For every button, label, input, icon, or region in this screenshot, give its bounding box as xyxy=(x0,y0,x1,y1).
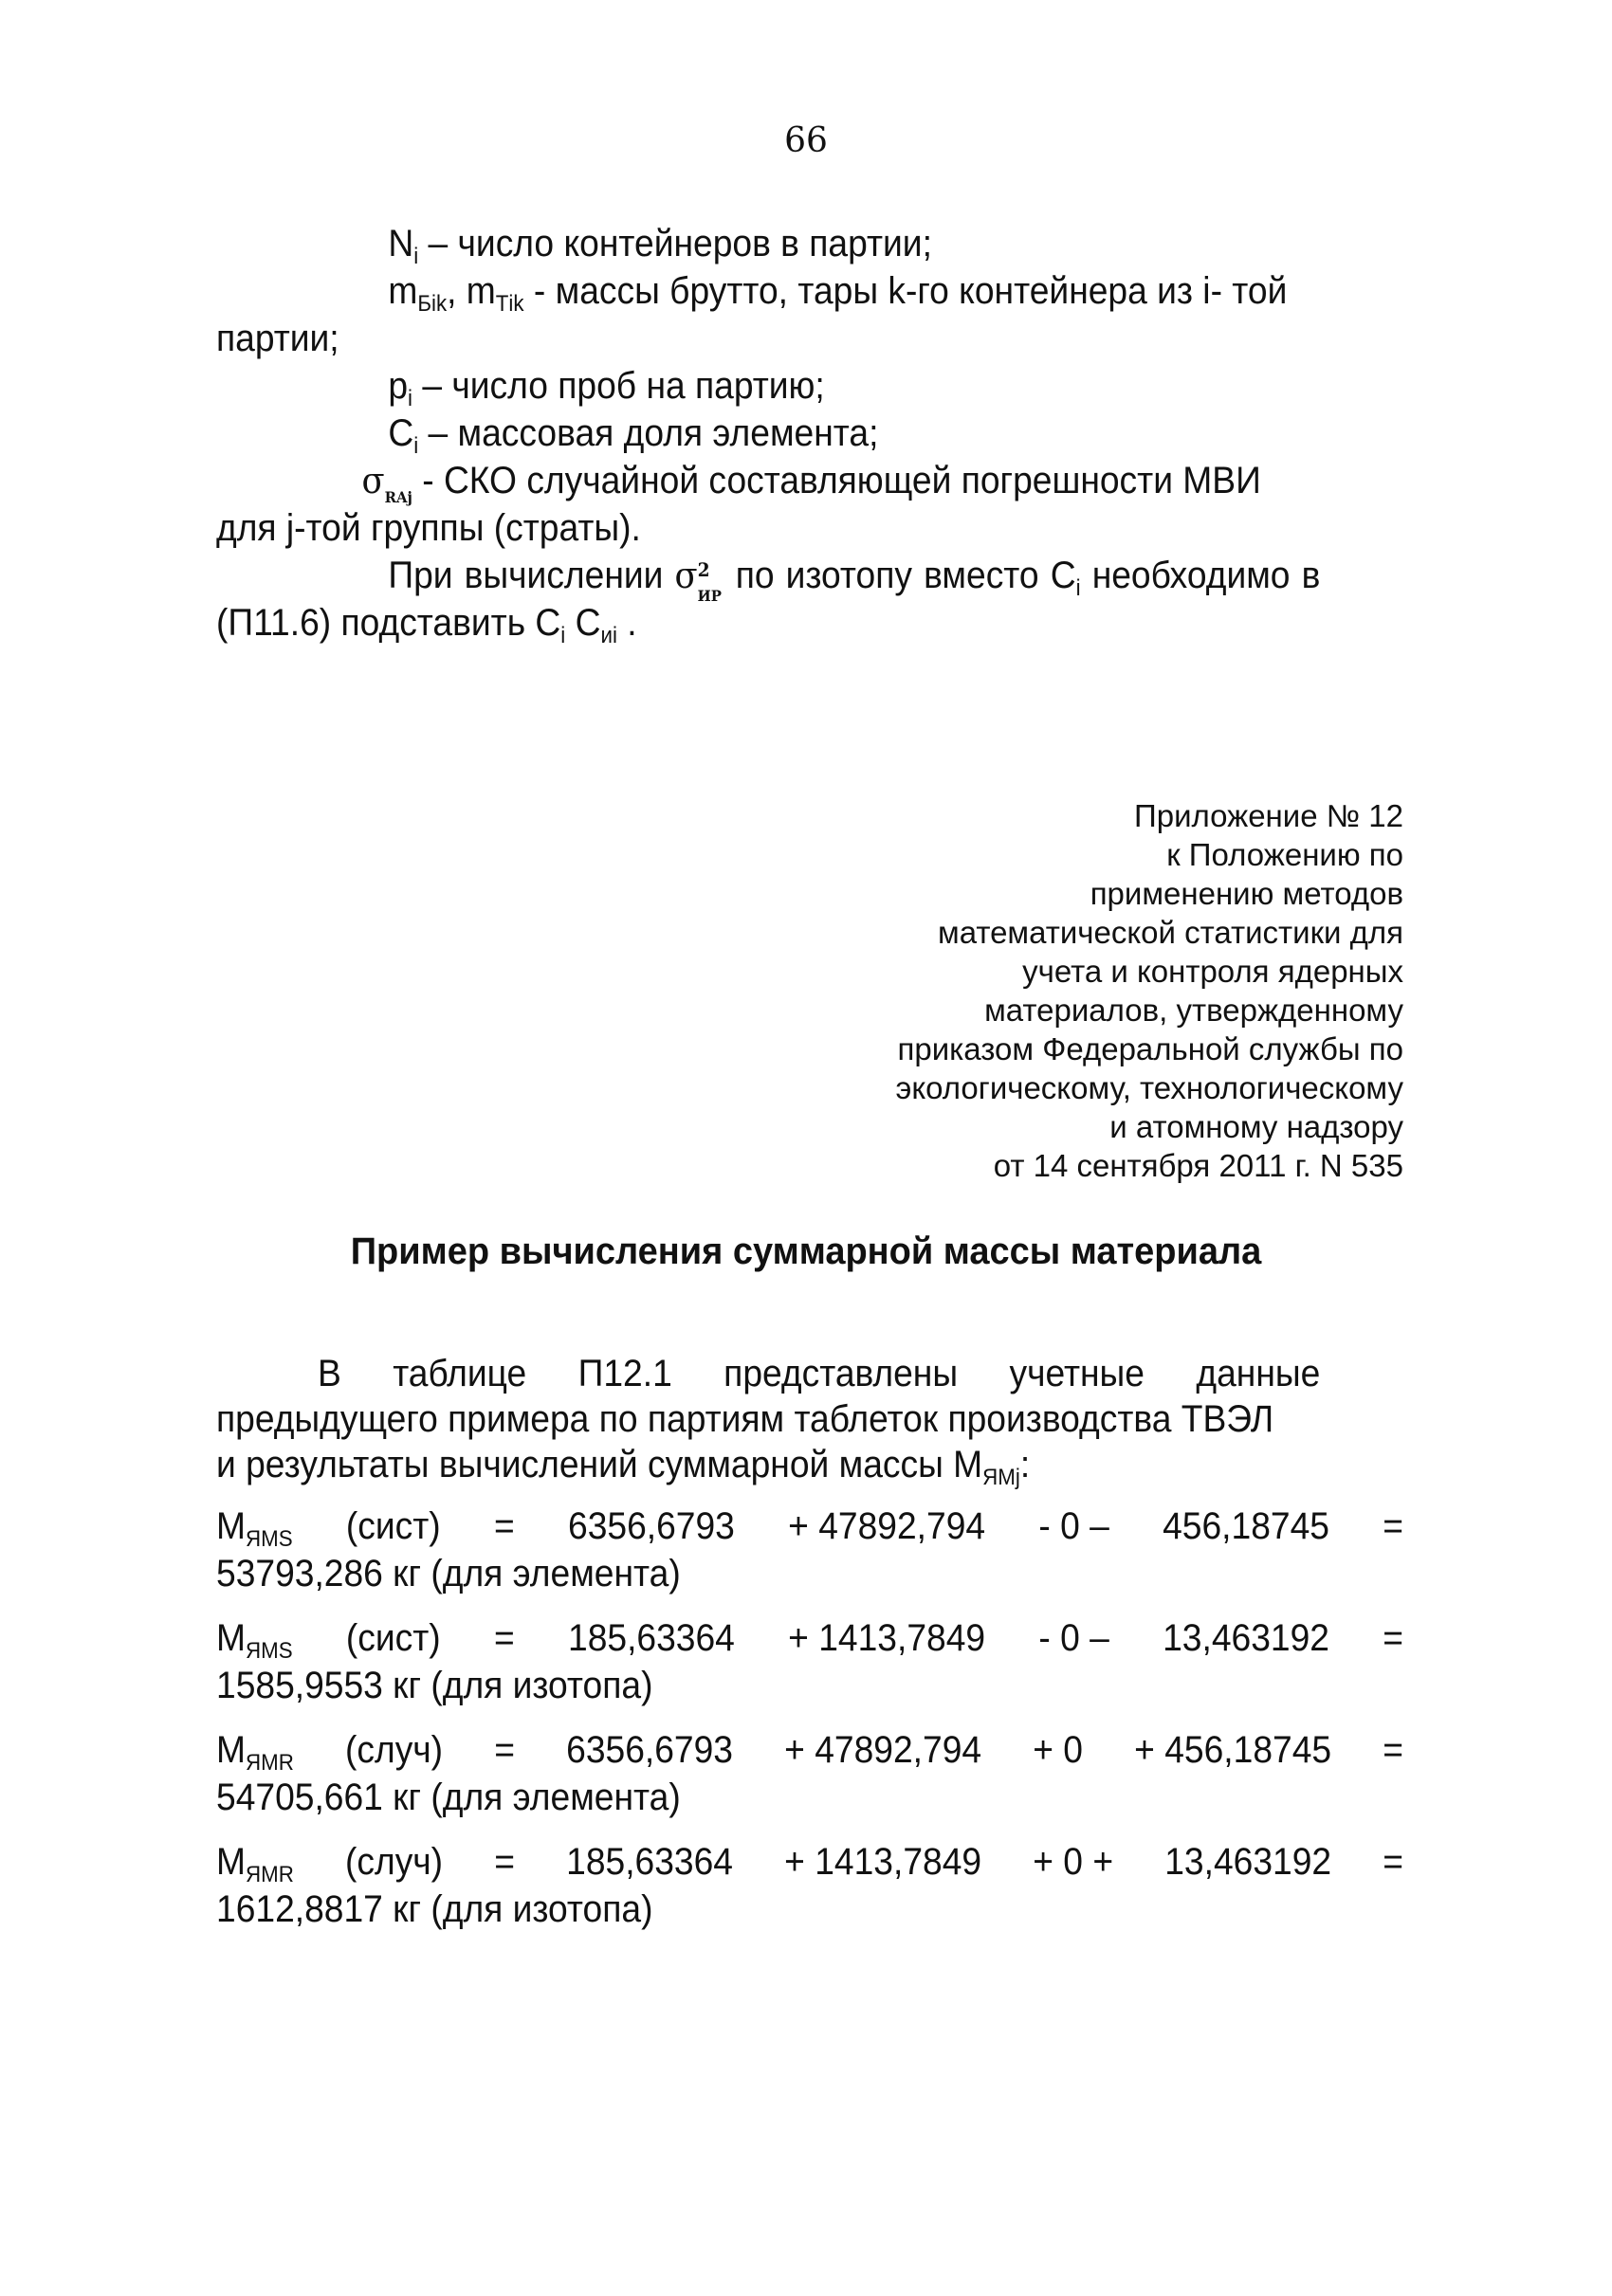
sigma-ir: σ2ИР xyxy=(675,555,724,596)
note-text: по изотопу вместо xyxy=(736,555,1039,596)
formula-term: = xyxy=(1383,1838,1403,1886)
formula: МЯМR(случ)=6356,6793+ 47892,794+ 0+ 456,… xyxy=(216,1726,1403,1821)
intro-word: В xyxy=(318,1351,341,1396)
definitions-block: Ni – число контейнеров в партии; mБik, m… xyxy=(216,220,1320,647)
mass-symbol: М xyxy=(216,1729,246,1771)
definition-text: - массы брутто, тары k-го контейнера из … xyxy=(524,270,1288,312)
formula-term: = xyxy=(1383,1726,1403,1774)
note-text: (П11.6) подставить xyxy=(216,602,525,644)
definition-text: – массовая доля элемента; xyxy=(418,412,878,454)
definition-text: - СКО случайной составляющей погрешности… xyxy=(412,460,1261,501)
appendix-line: учета и контроля ядерных xyxy=(797,952,1403,991)
formula-kind: (случ) xyxy=(345,1838,443,1886)
intro-text: : xyxy=(1020,1444,1030,1485)
formula-term: 6356,6793 xyxy=(568,1503,735,1550)
definition-text: – число контейнеров в партии; xyxy=(418,223,932,264)
formula-kind: (сист) xyxy=(346,1614,441,1662)
formula-term: = xyxy=(1383,1614,1403,1662)
note-text: При вычислении xyxy=(388,555,663,596)
sigma-indices: 2ИР xyxy=(698,578,724,588)
subscript: иi xyxy=(600,623,616,648)
sigma-symbol: σ xyxy=(675,555,698,596)
formula-term: + 0 + xyxy=(1033,1838,1113,1886)
subscript: ЯМS xyxy=(246,1638,293,1664)
formula-symbol: МЯМR xyxy=(216,1726,294,1774)
formula-result: 1612,8817 кг (для изотопа) xyxy=(216,1886,1403,1933)
formula-term: = xyxy=(494,1614,515,1662)
section-title: Пример вычисления суммарной массы матери… xyxy=(41,1230,1572,1273)
intro-paragraph: ВтаблицеП12.1представленыучетныеданные п… xyxy=(216,1351,1320,1487)
formula-term: 185,63364 xyxy=(566,1838,733,1886)
c-letter: C xyxy=(1051,555,1076,596)
formula-kind: (случ) xyxy=(345,1726,443,1774)
formula-term: 6356,6793 xyxy=(566,1726,733,1774)
definition-c: Ci – массовая доля элемента; xyxy=(216,410,1320,457)
appendix-line: математической статистики для xyxy=(797,913,1403,952)
symbol-c: Ci xyxy=(1051,555,1081,596)
appendix-line: от 14 сентября 2011 г. N 535 xyxy=(797,1146,1403,1185)
formula-equation: МЯМR(случ)=185,63364+ 1413,7849+ 0 +13,4… xyxy=(216,1838,1403,1886)
formula-term: = xyxy=(494,1503,515,1550)
formula-term: 456,18745 xyxy=(1163,1503,1329,1550)
intro-line-2: предыдущего примера по партиям таблеток … xyxy=(216,1396,1320,1442)
symbol-p: p xyxy=(388,365,408,407)
formulas-block: МЯМS(сист)=6356,6793+ 47892,794- 0 –456,… xyxy=(216,1503,1403,1933)
formula-term: 13,463192 xyxy=(1163,1614,1329,1662)
formula-equation: МЯМR(случ)=6356,6793+ 47892,794+ 0+ 456,… xyxy=(216,1726,1403,1774)
formula-term: + 456,18745 xyxy=(1134,1726,1331,1774)
formula-equation: МЯМS(сист)=6356,6793+ 47892,794- 0 –456,… xyxy=(216,1503,1403,1550)
formula-term: 13,463192 xyxy=(1164,1838,1331,1886)
formula-result: 53793,286 кг (для элемента) xyxy=(216,1550,1403,1597)
appendix-header: Приложение № 12к Положению поприменению … xyxy=(797,796,1403,1185)
appendix-line: к Положению по xyxy=(797,835,1403,874)
formula-kind: (сист) xyxy=(346,1503,441,1550)
note-line-1: При вычислении σ2ИР по изотопу вместо Ci… xyxy=(216,552,1320,599)
definition-m-continuation: партии; xyxy=(216,315,1320,362)
intro-word: П12.1 xyxy=(578,1351,672,1396)
page-number: 66 xyxy=(0,121,1612,160)
intro-word: данные xyxy=(1196,1351,1320,1396)
symbol-n: N xyxy=(388,223,413,264)
definition-m: mБik, mТik - массы брутто, тары k-го кон… xyxy=(216,267,1320,315)
formula: МЯМR(случ)=185,63364+ 1413,7849+ 0 +13,4… xyxy=(216,1838,1403,1933)
note-text: . xyxy=(617,602,637,644)
c-letter: C xyxy=(535,602,560,644)
formula-term: = xyxy=(494,1726,515,1774)
appendix-line: Приложение № 12 xyxy=(797,796,1403,835)
definition-text: – число проб на партию; xyxy=(412,365,825,407)
intro-line-1: ВтаблицеП12.1представленыучетныеданные xyxy=(216,1351,1320,1396)
subscript: Тik xyxy=(496,291,524,317)
symbol-m-tare: m xyxy=(467,270,496,312)
formula-equation: МЯМS(сист)=185,63364+ 1413,7849- 0 –13,4… xyxy=(216,1614,1403,1662)
formula-term: = xyxy=(1383,1503,1403,1550)
subscript: i xyxy=(1076,575,1081,601)
appendix-line: и атомному надзору xyxy=(797,1107,1403,1146)
sigma-symbol: σ xyxy=(361,460,384,501)
formula-term: = xyxy=(494,1838,515,1886)
intro-line-3: и результаты вычислений суммарной массы … xyxy=(216,1442,1320,1487)
c-letter: C xyxy=(576,602,601,644)
intro-word: представлены xyxy=(724,1351,958,1396)
formula: МЯМS(сист)=6356,6793+ 47892,794- 0 –456,… xyxy=(216,1503,1403,1597)
subscript: ЯМS xyxy=(246,1526,293,1552)
formula-result: 1585,9553 кг (для изотопа) xyxy=(216,1662,1403,1709)
appendix-line: приказом Федеральной службы по xyxy=(797,1030,1403,1068)
formula-term: + 47892,794 xyxy=(784,1726,981,1774)
formula-term: 185,63364 xyxy=(568,1614,735,1662)
mass-symbol: М xyxy=(216,1505,246,1547)
subscript: ИР xyxy=(698,573,722,620)
mass-symbol: М xyxy=(216,1841,246,1883)
formula-term: + 47892,794 xyxy=(788,1503,985,1550)
symbol-c: C xyxy=(388,412,413,454)
intro-text: и результаты вычислений суммарной массы … xyxy=(216,1444,982,1485)
definition-n: Ni – число контейнеров в партии; xyxy=(216,220,1320,267)
note-line-2: (П11.6) подставить Ci Cиi . xyxy=(216,599,1320,647)
appendix-line: материалов, утвержденному xyxy=(797,991,1403,1030)
appendix-line: экологическому, технологическому xyxy=(797,1068,1403,1107)
subscript: i xyxy=(560,623,565,648)
formula: МЯМS(сист)=185,63364+ 1413,7849- 0 –13,4… xyxy=(216,1614,1403,1709)
appendix-line: применению методов xyxy=(797,874,1403,913)
formula-symbol: МЯМR xyxy=(216,1838,294,1886)
note-text: необходимо в xyxy=(1092,555,1321,596)
definition-sigma-continuation: для j-той группы (страты). xyxy=(216,504,1320,552)
mass-symbol: М xyxy=(216,1617,246,1659)
formula-symbol: МЯМS xyxy=(216,1503,293,1550)
formula-term: + 1413,7849 xyxy=(784,1838,981,1886)
intro-word: таблице xyxy=(393,1351,526,1396)
subscript: ЯМR xyxy=(246,1862,294,1887)
definition-p: pi – число проб на партию; xyxy=(216,362,1320,410)
formula-term: + 0 xyxy=(1033,1726,1083,1774)
subscript: ЯМj xyxy=(982,1465,1020,1490)
intro-word: учетные xyxy=(1010,1351,1145,1396)
symbol-m-gross: m xyxy=(388,270,417,312)
formula-symbol: МЯМS xyxy=(216,1614,293,1662)
formula-term: - 0 – xyxy=(1038,1614,1108,1662)
subscript: Бik xyxy=(417,291,447,317)
separator: , xyxy=(447,270,467,312)
formula-term: - 0 – xyxy=(1038,1503,1108,1550)
subscript: ЯМR xyxy=(246,1750,294,1776)
definition-sigma: σRAj - СКО случайной составляющей погреш… xyxy=(216,457,1320,504)
formula-result: 54705,661 кг (для элемента) xyxy=(216,1774,1403,1821)
formula-term: + 1413,7849 xyxy=(788,1614,985,1662)
